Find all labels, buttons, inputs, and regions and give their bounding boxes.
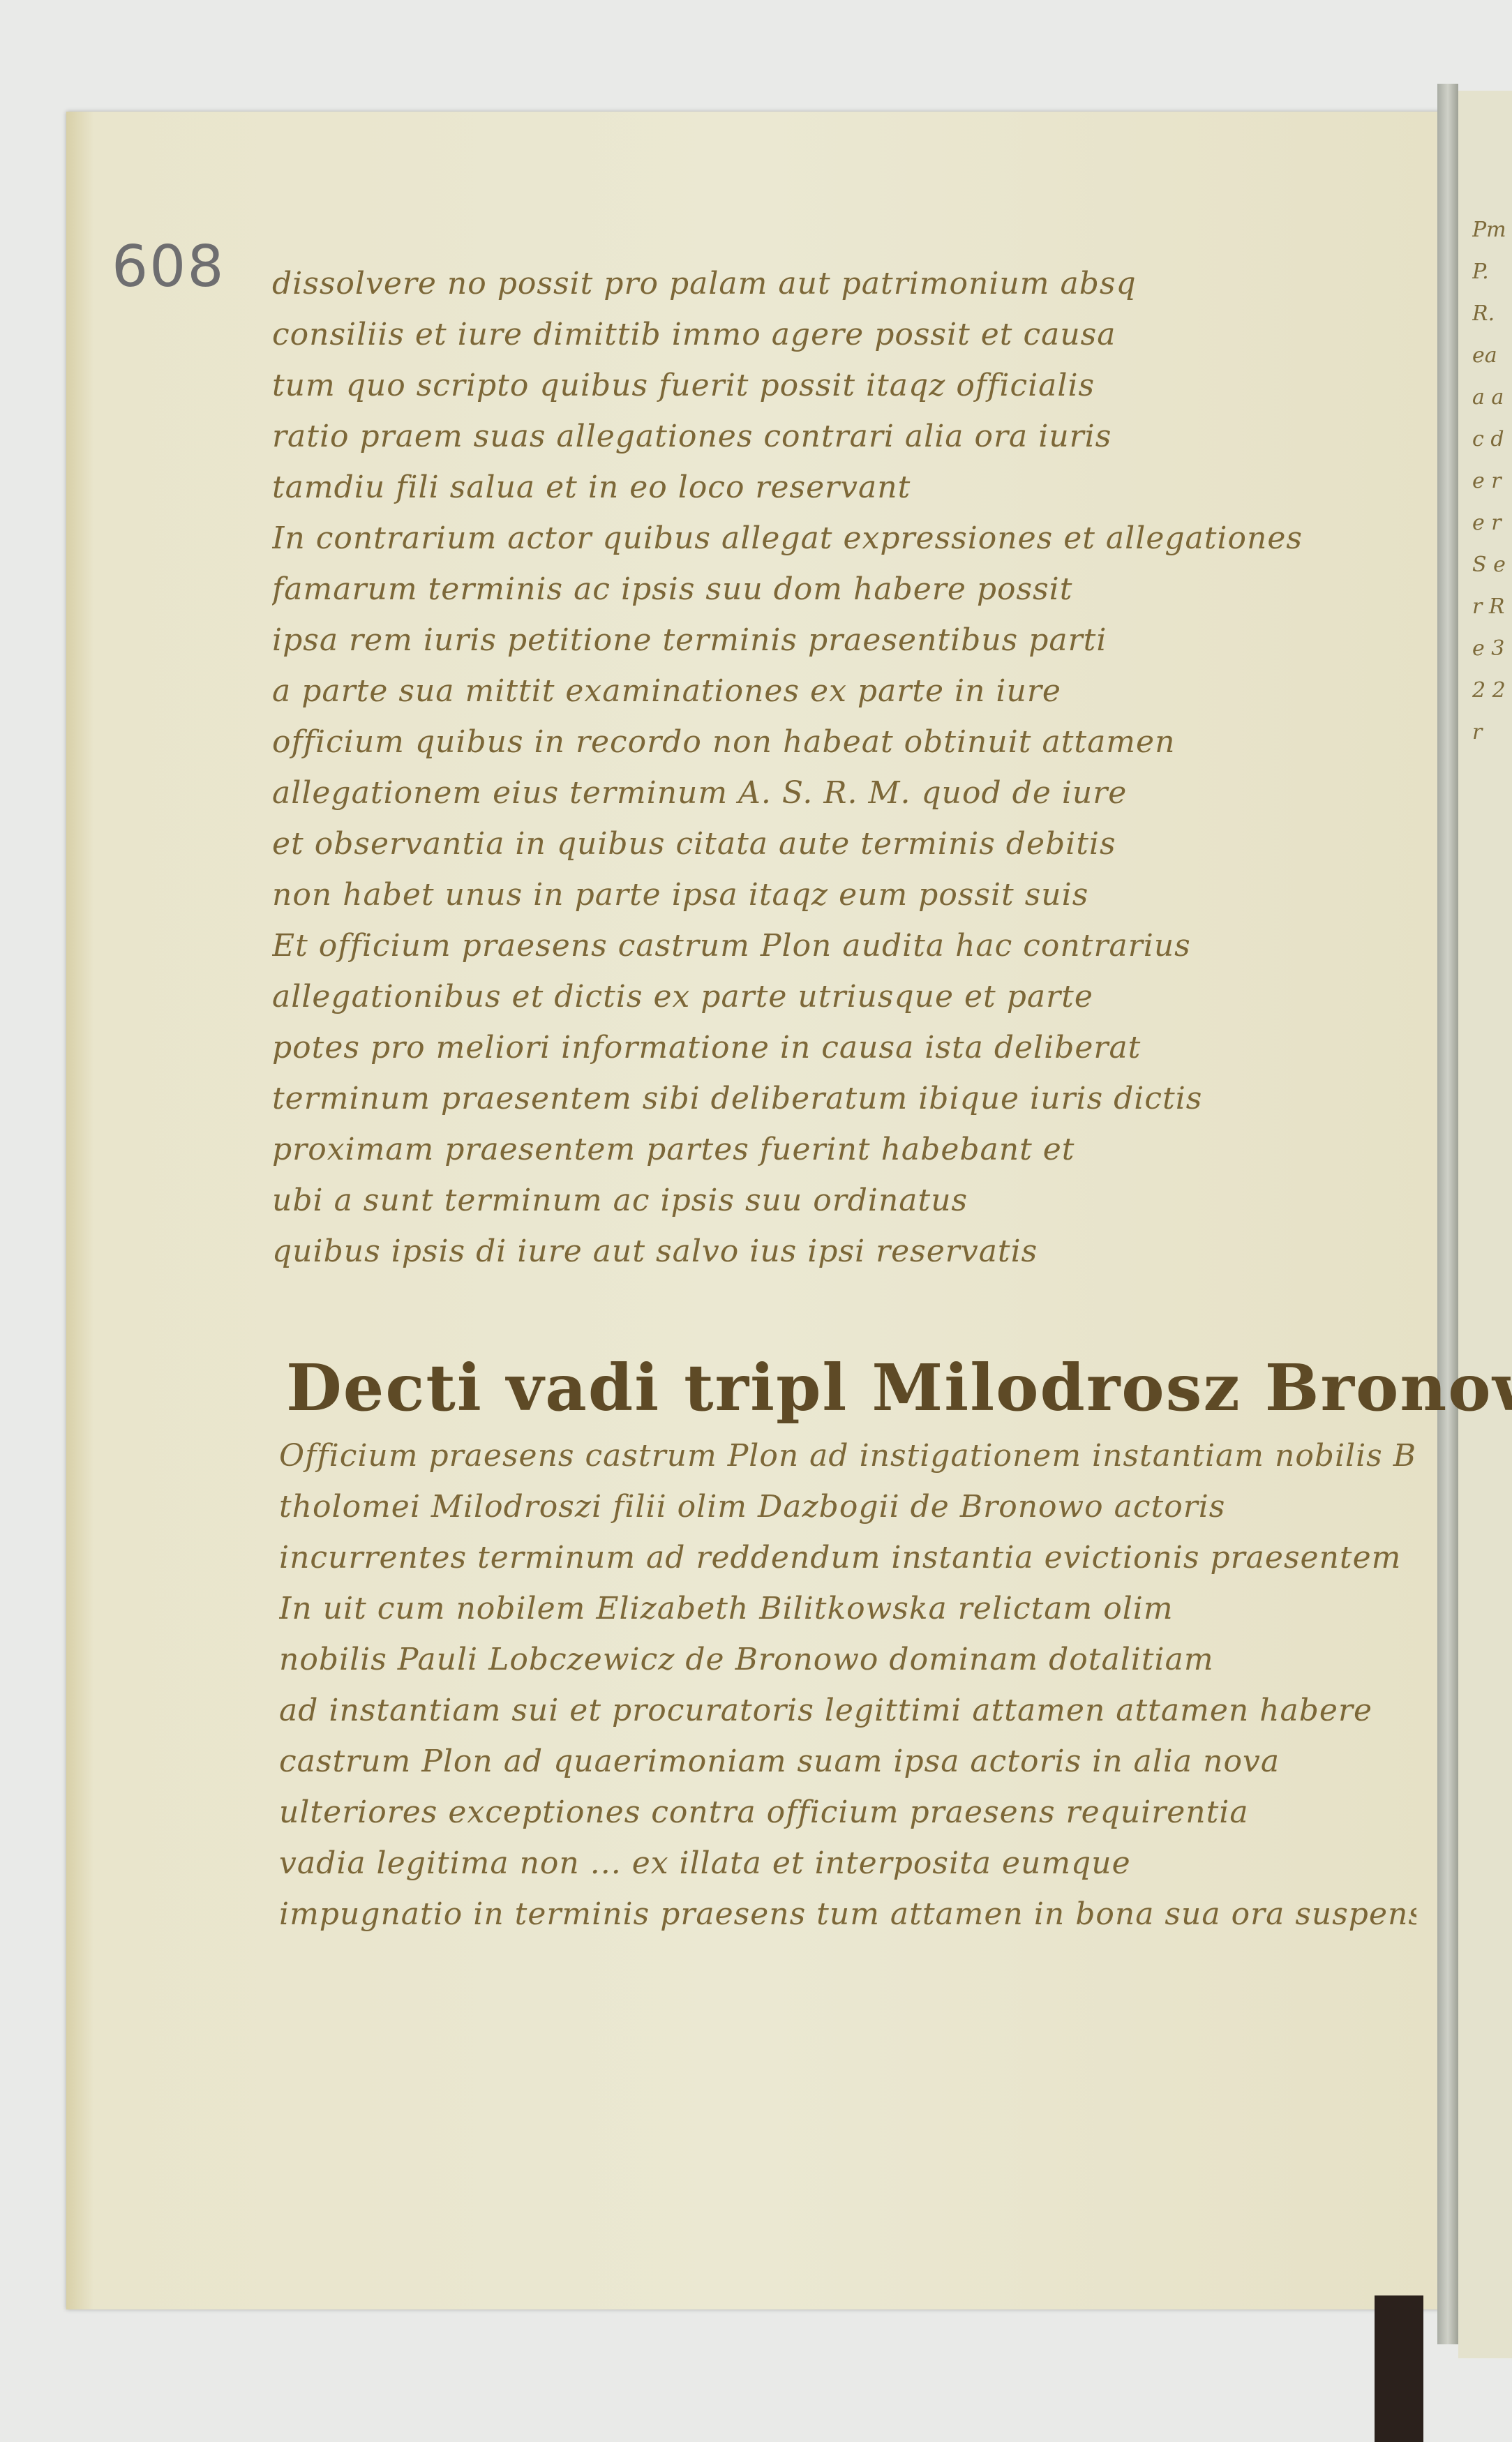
text-line: ulteriores exceptiones contra officium p… (279, 1787, 1416, 1838)
text-line: non habet unus in parte ipsa itaqz eum p… (272, 869, 1409, 920)
text-line: tholomei Milodroszi filii olim Dazbogii … (279, 1481, 1416, 1532)
text-line: In contrarium actor quibus allegat expre… (272, 513, 1409, 564)
text-line: impugnatio in terminis praesens tum atta… (279, 1889, 1416, 1940)
text-line: terminum praesentem sibi deliberatum ibi… (272, 1073, 1409, 1124)
text-line: a parte sua mittit examinationes ex part… (272, 666, 1409, 717)
body-text-upper: dissolvere no possit pro palam aut patri… (272, 258, 1409, 1277)
text-line: famarum terminis ac ipsis suu dom habere… (272, 564, 1409, 615)
page-edge (1437, 84, 1458, 2344)
section-heading: Decti vadi tripl Milodrosz Bronow (286, 1350, 1512, 1425)
facing-page-text: Pm P. R. ea a a c d e r e r S e r R e 3 … (1472, 209, 1507, 2302)
text-line: quibus ipsis di iure aut salvo ius ipsi … (272, 1226, 1409, 1277)
text-line: ipsa rem iuris petitione terminis praese… (272, 615, 1409, 666)
text-line: tamdiu fili salua et in eo loco reservan… (272, 462, 1409, 513)
text-line: et observantia in quibus citata aute ter… (272, 818, 1409, 869)
book-clip (1375, 2295, 1423, 2442)
text-line: consiliis et iure dimittib immo agere po… (272, 309, 1409, 360)
body-text-lower: Officium praesens castrum Plon ad instig… (279, 1430, 1416, 1940)
text-line: allegationibus et dictis ex parte utrius… (272, 971, 1409, 1022)
text-line: Et officium praesens castrum Plon audita… (272, 920, 1409, 971)
text-line: potes pro meliori informatione in causa … (272, 1022, 1409, 1073)
text-line: tum quo scripto quibus fuerit possit ita… (272, 360, 1409, 411)
text-line: nobilis Pauli Lobczewicz de Bronowo domi… (279, 1634, 1416, 1685)
text-line: vadia legitima non ... ex illata et inte… (279, 1838, 1416, 1889)
text-line: In uit cum nobilem Elizabeth Bilitkowska… (279, 1583, 1416, 1634)
text-line: ubi a sunt terminum ac ipsis suu ordinat… (272, 1175, 1409, 1226)
text-line: proximam praesentem partes fuerint habeb… (272, 1124, 1409, 1175)
text-line: officium quibus in recordo non habeat ob… (272, 717, 1409, 767)
text-line: allegationem eius terminum A. S. R. M. q… (272, 767, 1409, 818)
text-line: ad instantiam sui et procuratoris legitt… (279, 1685, 1416, 1736)
folio-number: 608 (112, 234, 225, 300)
text-line: dissolvere no possit pro palam aut patri… (272, 258, 1409, 309)
text-line: castrum Plon ad quaerimoniam suam ipsa a… (279, 1736, 1416, 1787)
text-line: Officium praesens castrum Plon ad instig… (279, 1430, 1416, 1481)
text-line: ratio praem suas allegationes contrari a… (272, 411, 1409, 462)
text-line: incurrentes terminum ad reddendum instan… (279, 1532, 1416, 1583)
